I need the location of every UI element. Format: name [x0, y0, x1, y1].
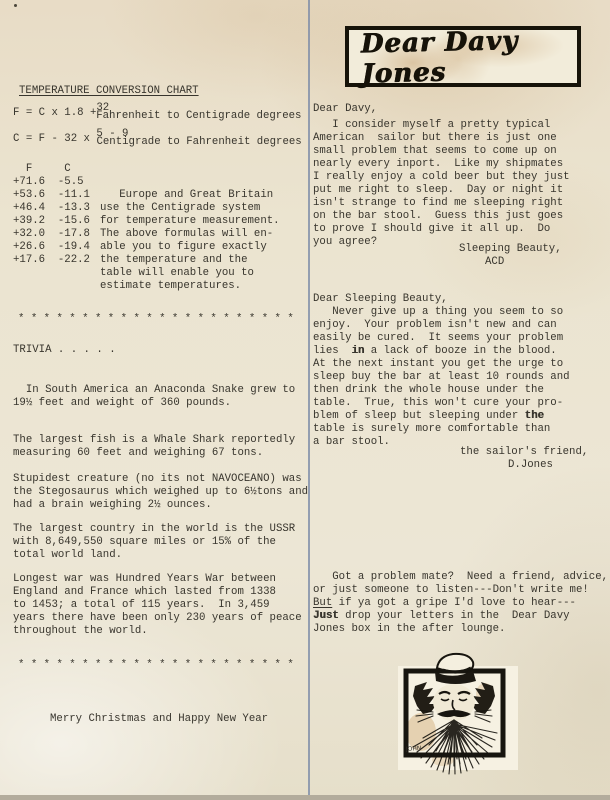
formula-f-to-c-desc: Fahrenheit to Centigrade degrees — [96, 110, 301, 123]
gripe-part-c: drop your letters in the Dear Davy Jones… — [313, 610, 570, 635]
formula-c-to-f-desc: Centigrade to Fahrenheit degrees — [96, 136, 301, 149]
reply-signature-initials: D.Jones — [508, 459, 553, 472]
reply-body-part-c: table is surely more comfortable than a … — [313, 423, 550, 448]
gripe-bold-just: Just — [313, 610, 339, 622]
illustrator-signature: JOHN — [405, 745, 422, 753]
trivia-heading: TRIVIA . . . . . — [13, 344, 116, 357]
asterisk-divider-top: * * * * * * * * * * * * * * * * * * * * … — [18, 313, 294, 326]
scan-bottom-edge — [0, 795, 610, 800]
trivia-item-stegosaurus: Stupidest creature (no its not NAVOCEANO… — [13, 473, 308, 512]
letter-signature-initials: ACD — [485, 256, 504, 269]
ink-speck — [14, 4, 17, 7]
letter-signature-name: Sleeping Beauty, — [459, 243, 562, 256]
formula-c-to-f-lhs: C = F - 32 x — [13, 133, 96, 145]
newsletter-page: TEMPERATURE CONVERSION CHART F = C x 1.8… — [0, 0, 610, 800]
holiday-greeting: Merry Christmas and Happy New Year — [50, 713, 268, 726]
davy-jones-logo-text: Dear Davy Jones — [360, 24, 577, 89]
column-divider-line — [308, 0, 310, 800]
temperature-table-header: F C — [13, 163, 71, 176]
reply-emphasis-the: the — [525, 410, 544, 422]
temperature-chart-title: TEMPERATURE CONVERSION CHART — [19, 85, 199, 98]
trivia-item-anaconda: In South America an Anaconda Snake grew … — [13, 384, 295, 410]
trivia-item-longest-war: Longest war was Hundred Years War betwee… — [13, 573, 302, 638]
sailor-illustration: JOHN — [393, 652, 523, 776]
temperature-table-rows: +71.6 -5.5 +53.6 -11.1 +46.4 -13.3 +39.2… — [13, 176, 90, 267]
gripe-underlined-but: But — [313, 597, 332, 609]
formula-f-to-c: F = C x 1.8 +32Fahrenheit to Centigrade … — [13, 107, 301, 120]
reply-body: Never give up a thing you seem to so enj… — [313, 306, 570, 449]
asterisk-divider-bottom: * * * * * * * * * * * * * * * * * * * * … — [18, 659, 294, 672]
trivia-item-ussr: The largest country in the world is the … — [13, 523, 295, 562]
letter-body: I consider myself a pretty typical Ameri… — [313, 119, 570, 249]
reply-salutation: Dear Sleeping Beauty, — [313, 293, 448, 306]
formula-f-to-c-lhs: F = C x 1.8 + — [13, 107, 96, 119]
reply-signature-name: the sailor's friend, — [460, 446, 588, 459]
gripe-part-a: Got a problem mate? Need a friend, advic… — [313, 571, 608, 596]
trivia-item-whale-shark: The largest fish is a Whale Shark report… — [13, 434, 295, 460]
reply-emphasis-in: in — [351, 345, 364, 357]
davy-jones-logo-box: Dear Davy Jones — [345, 26, 581, 87]
gripe-note: Got a problem mate? Need a friend, advic… — [313, 571, 608, 636]
sailor-face-illustration: JOHN — [393, 652, 523, 776]
gripe-part-b: if ya got a gripe I'd love to hear--- — [332, 597, 576, 609]
letter-salutation: Dear Davy, — [313, 103, 377, 116]
formula-c-to-f: C = F - 32 x 5 - 9Centigrade to Fahrenhe… — [13, 133, 302, 146]
centigrade-note: Europe and Great Britain use the Centigr… — [100, 189, 280, 293]
